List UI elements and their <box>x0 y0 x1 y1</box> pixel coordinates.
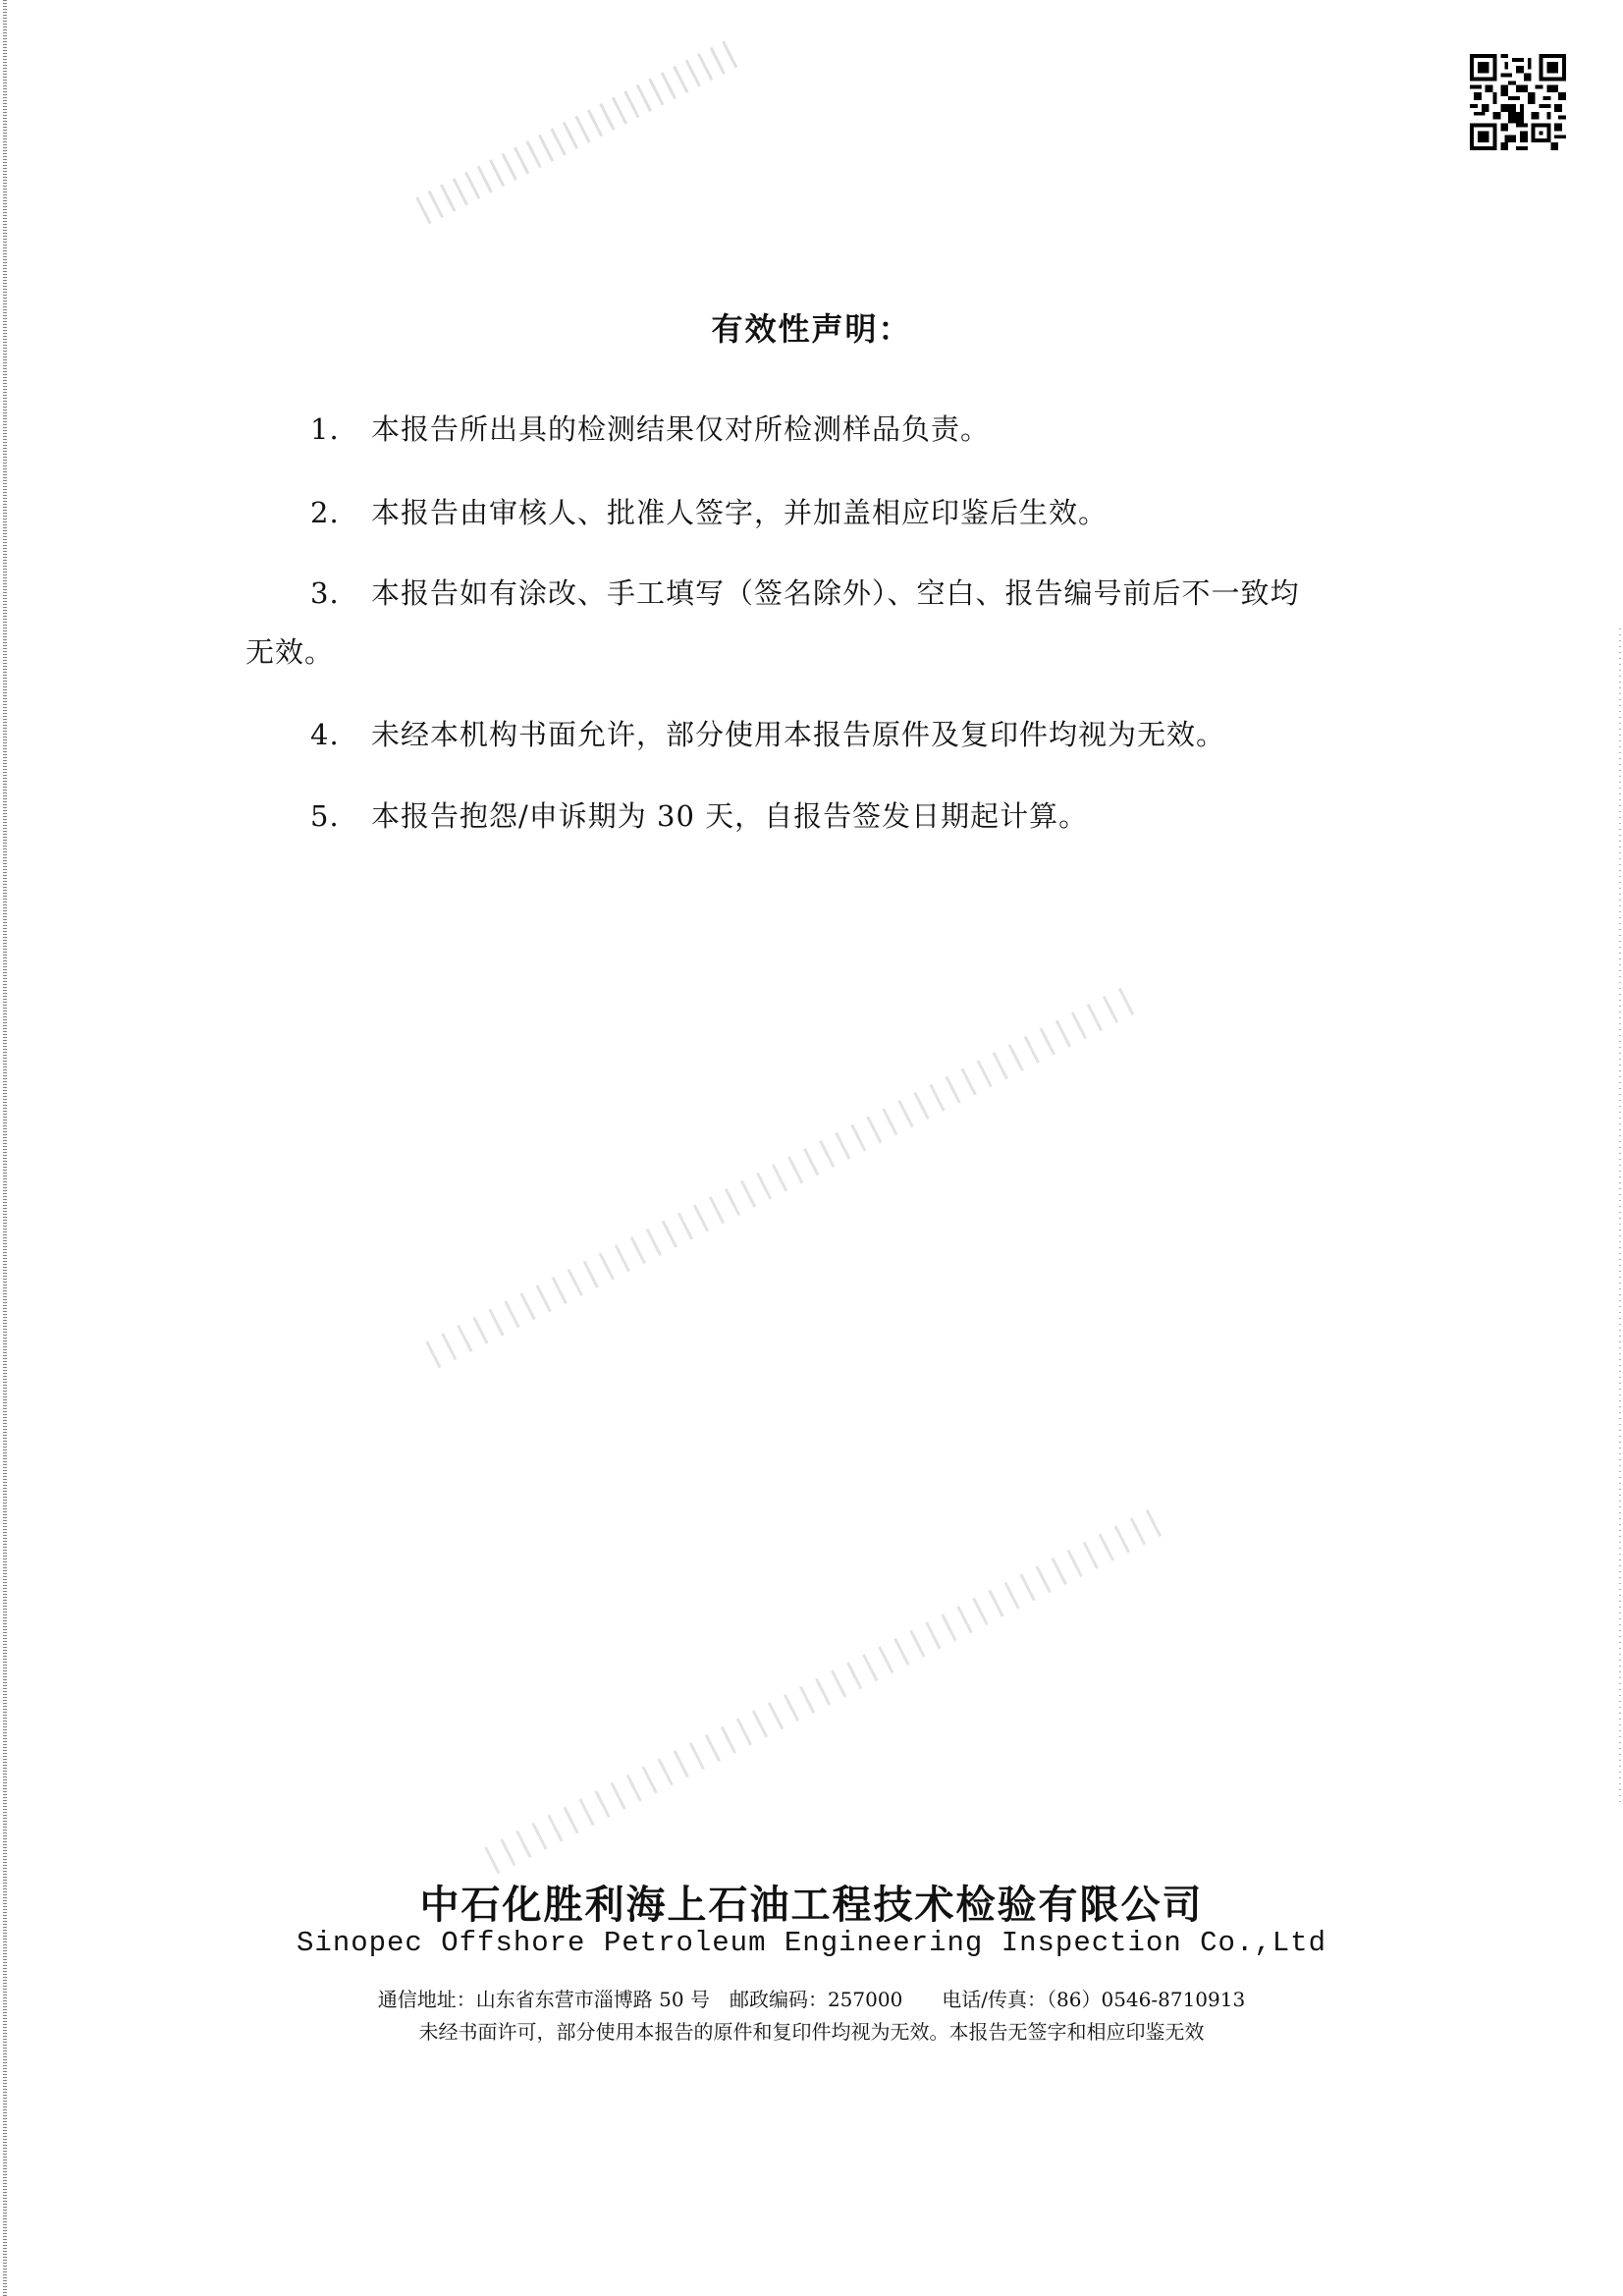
clause-number: 5. <box>245 785 371 847</box>
company-name-cn: 中石化胜利海上石油工程技术检验有限公司 <box>0 1874 1623 1930</box>
clause-text: 本报告由审核人、批准人签字，并加盖相应印鉴后生效。 <box>371 496 1108 529</box>
watermark <box>415 37 743 224</box>
clause-number: 4. <box>245 703 371 766</box>
validity-notice: 未经书面许可，部分使用本报告的原件和复印件均视为无效。本报告无签字和相应印鉴无效 <box>0 2016 1623 2045</box>
clause-text: 本报告如有涂改、手工填写（签名除外）、空白、报告编号前后不一致均 <box>371 576 1300 610</box>
clause-4: 4.未经本机构书面允许，部分使用本报告原件及复印件均视为无效。 <box>245 703 1384 766</box>
watermark <box>484 1509 1163 1875</box>
clause-text: 未经本机构书面允许，部分使用本报告原件及复印件均视为无效。 <box>371 718 1225 751</box>
clause-2: 2.本报告由审核人、批准人签字，并加盖相应印鉴后生效。 <box>245 481 1384 544</box>
company-name-en: Sinopec Offshore Petroleum Engineering I… <box>0 1927 1623 1959</box>
clause-number: 3. <box>245 562 371 625</box>
contact-info: 通信地址：山东省东营市淄博路 50 号 邮政编码：257000 电话/传真：（8… <box>0 1984 1623 2012</box>
page-title: 有效性声明： <box>0 304 1623 350</box>
clause-number: 2. <box>245 481 371 544</box>
clause-1: 1.本报告所出具的检测结果仅对所检测样品负责。 <box>245 398 1384 461</box>
scan-edge-right <box>1619 629 1621 1807</box>
clause-3-continuation: 无效。 <box>245 621 1384 683</box>
clause-text: 本报告所出具的检测结果仅对所检测样品负责。 <box>371 412 990 446</box>
clause-text: 本报告抱怨/申诉期为 30 天，自报告签发日期起计算。 <box>371 799 1088 833</box>
clause-5: 5.本报告抱怨/申诉期为 30 天，自报告签发日期起计算。 <box>245 785 1384 847</box>
qr-code-icon <box>1470 54 1566 150</box>
watermark <box>425 985 1138 1368</box>
clause-3: 3.本报告如有涂改、手工填写（签名除外）、空白、报告编号前后不一致均 <box>245 562 1384 625</box>
clause-text: 无效。 <box>245 635 334 669</box>
clause-number: 1. <box>245 398 371 461</box>
